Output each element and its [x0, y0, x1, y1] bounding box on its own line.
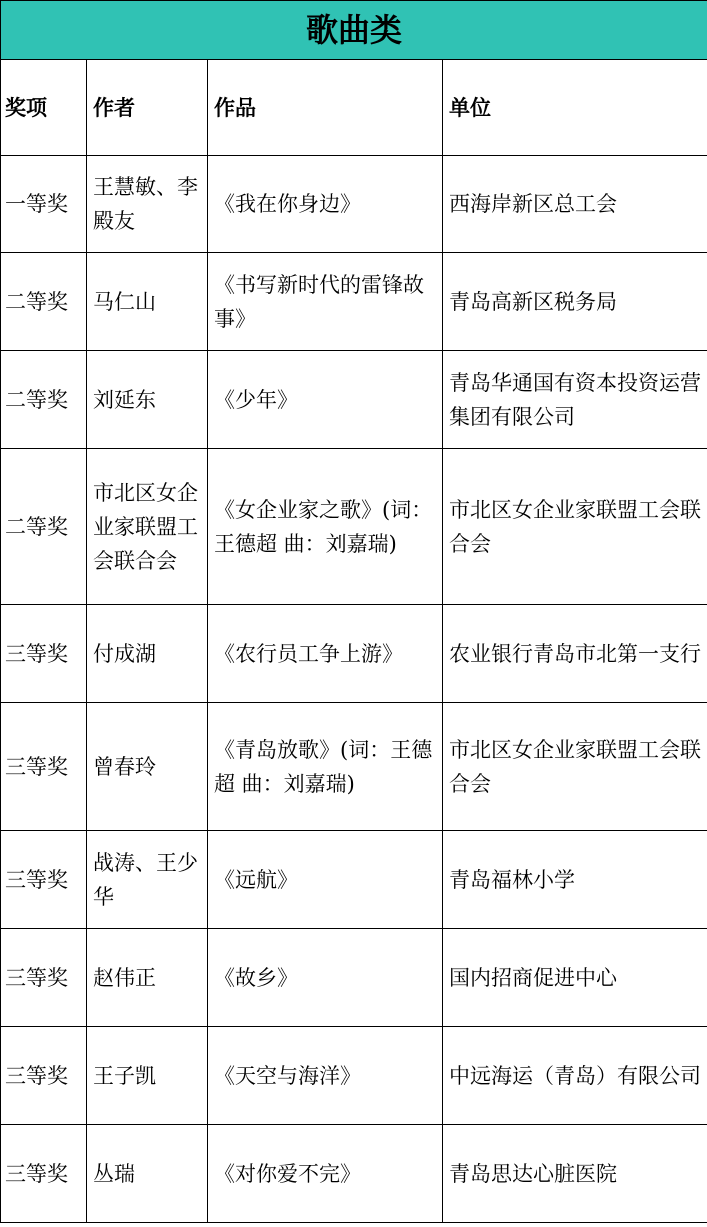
cell-work: 《对你爱不完》	[208, 1125, 443, 1223]
header-unit: 单位	[443, 60, 707, 156]
cell-award: 二等奖	[1, 253, 87, 351]
table-row: 三等奖赵伟正《故乡》国内招商促进中心	[1, 929, 707, 1027]
cell-award: 三等奖	[1, 605, 87, 703]
cell-work: 《我在你身边》	[208, 156, 443, 253]
cell-author: 曾春玲	[87, 703, 208, 831]
table-row: 三等奖丛瑞《对你爱不完》青岛思达心脏医院	[1, 1125, 707, 1223]
cell-unit: 青岛华通国有资本投资运营集团有限公司	[443, 351, 707, 449]
cell-author: 王慧敏、李殿友	[87, 156, 208, 253]
cell-author: 丛瑞	[87, 1125, 208, 1223]
cell-work: 《女企业家之歌》(词：王德超 曲：刘嘉瑞)	[208, 449, 443, 605]
cell-unit: 青岛福林小学	[443, 831, 707, 929]
table-row: 三等奖付成湖《农行员工争上游》农业银行青岛市北第一支行	[1, 605, 707, 703]
table-row: 三等奖王子凯《天空与海洋》中远海运（青岛）有限公司	[1, 1027, 707, 1125]
cell-award: 三等奖	[1, 703, 87, 831]
cell-author: 王子凯	[87, 1027, 208, 1125]
cell-award: 二等奖	[1, 351, 87, 449]
cell-unit: 市北区女企业家联盟工会联合会	[443, 703, 707, 831]
table-row: 三等奖战涛、王少华《远航》青岛福林小学	[1, 831, 707, 929]
header-author: 作者	[87, 60, 208, 156]
cell-unit: 中远海运（青岛）有限公司	[443, 1027, 707, 1125]
cell-unit: 国内招商促进中心	[443, 929, 707, 1027]
cell-work: 《青岛放歌》(词：王德超 曲：刘嘉瑞)	[208, 703, 443, 831]
table-row: 三等奖曾春玲《青岛放歌》(词：王德超 曲：刘嘉瑞)市北区女企业家联盟工会联合会	[1, 703, 707, 831]
cell-award: 三等奖	[1, 1125, 87, 1223]
table-row: 二等奖马仁山《书写新时代的雷锋故事》青岛高新区税务局	[1, 253, 707, 351]
cell-unit: 青岛思达心脏医院	[443, 1125, 707, 1223]
cell-award: 一等奖	[1, 156, 87, 253]
cell-work: 《书写新时代的雷锋故事》	[208, 253, 443, 351]
cell-author: 付成湖	[87, 605, 208, 703]
cell-unit: 农业银行青岛市北第一支行	[443, 605, 707, 703]
cell-author: 市北区女企业家联盟工会联合会	[87, 449, 208, 605]
cell-work: 《农行员工争上游》	[208, 605, 443, 703]
cell-award: 三等奖	[1, 1027, 87, 1125]
cell-award: 三等奖	[1, 831, 87, 929]
cell-unit: 西海岸新区总工会	[443, 156, 707, 253]
cell-award: 三等奖	[1, 929, 87, 1027]
cell-work: 《少年》	[208, 351, 443, 449]
cell-unit: 青岛高新区税务局	[443, 253, 707, 351]
cell-work: 《天空与海洋》	[208, 1027, 443, 1125]
cell-award: 二等奖	[1, 449, 87, 605]
header-award: 奖项	[1, 60, 87, 156]
cell-work: 《故乡》	[208, 929, 443, 1027]
cell-work: 《远航》	[208, 831, 443, 929]
table-row: 二等奖市北区女企业家联盟工会联合会《女企业家之歌》(词：王德超 曲：刘嘉瑞)市北…	[1, 449, 707, 605]
cell-unit: 市北区女企业家联盟工会联合会	[443, 449, 707, 605]
table-title: 歌曲类	[1, 1, 707, 60]
cell-author: 刘延东	[87, 351, 208, 449]
table-row: 一等奖王慧敏、李殿友《我在你身边》西海岸新区总工会	[1, 156, 707, 253]
table-row: 二等奖刘延东《少年》青岛华通国有资本投资运营集团有限公司	[1, 351, 707, 449]
cell-author: 马仁山	[87, 253, 208, 351]
cell-author: 战涛、王少华	[87, 831, 208, 929]
header-work: 作品	[208, 60, 443, 156]
cell-author: 赵伟正	[87, 929, 208, 1027]
header-row: 奖项 作者 作品 单位	[1, 60, 707, 156]
award-table: 歌曲类 奖项 作者 作品 单位 一等奖王慧敏、李殿友《我在你身边》西海岸新区总工…	[0, 0, 707, 1223]
